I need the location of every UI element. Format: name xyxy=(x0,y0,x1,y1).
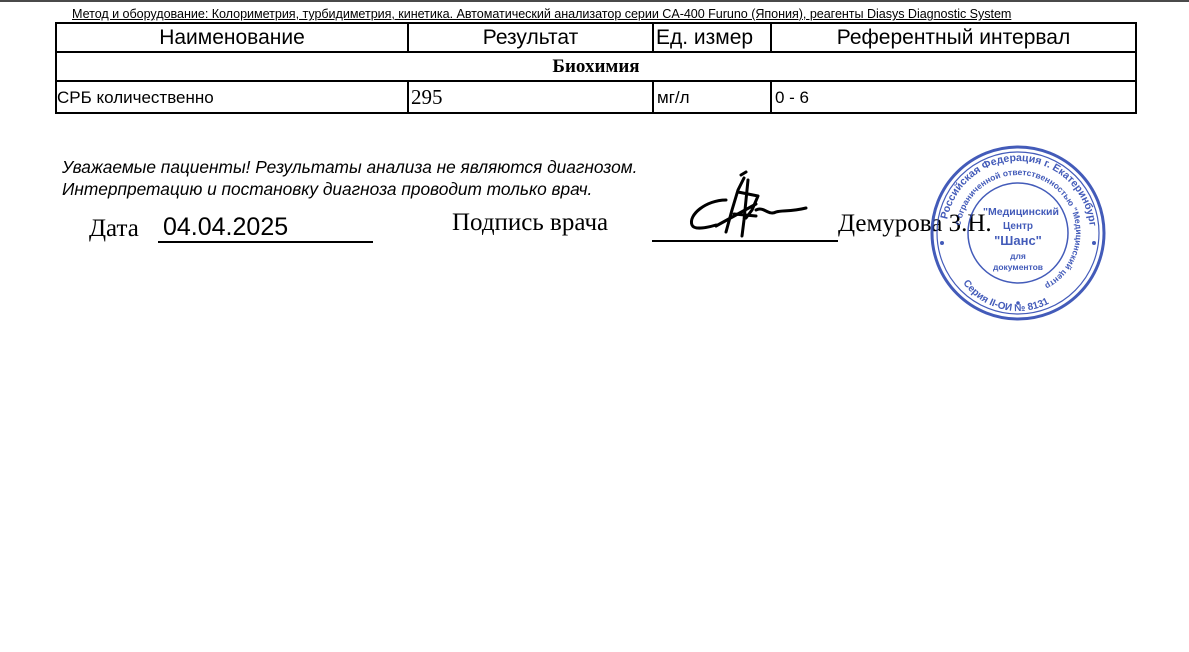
header-result: Результат xyxy=(408,23,653,52)
table-header-row: Наименование Результат Ед. измер Референ… xyxy=(56,23,1136,52)
table-row: СРБ количественно 295 мг/л 0 - 6 xyxy=(56,81,1136,113)
signature-label: Подпись врача xyxy=(452,208,608,238)
top-border-rule xyxy=(0,0,1189,2)
svg-text:для: для xyxy=(1010,251,1026,261)
svg-text:"Шанс": "Шанс" xyxy=(994,233,1042,248)
header-unit: Ед. измер xyxy=(653,23,771,52)
svg-text:документов: документов xyxy=(993,262,1043,272)
header-name: Наименование xyxy=(56,23,408,52)
method-equipment-line: Метод и оборудование: Колориметрия, турб… xyxy=(72,7,1011,21)
notice-line-2: Интерпретацию и постановку диагноза пров… xyxy=(62,178,637,200)
notice-line-1: Уважаемые пациенты! Результаты анализа н… xyxy=(62,156,637,178)
test-result: 295 xyxy=(408,81,653,113)
test-name: СРБ количественно xyxy=(56,81,408,113)
patient-notice: Уважаемые пациенты! Результаты анализа н… xyxy=(62,156,637,200)
header-reference: Референтный интервал xyxy=(771,23,1136,52)
svg-text:Центр: Центр xyxy=(1003,221,1033,232)
date-label: Дата xyxy=(89,214,139,244)
results-table: Наименование Результат Ед. измер Референ… xyxy=(55,22,1137,114)
svg-text:"Медицинский: "Медицинский xyxy=(983,206,1059,218)
test-reference-range: 0 - 6 xyxy=(771,81,1136,113)
date-value: 04.04.2025 xyxy=(158,213,373,243)
section-title: Биохимия xyxy=(56,52,1136,81)
signature-scribble-icon xyxy=(686,170,811,242)
section-row: Биохимия xyxy=(56,52,1136,81)
stamp-seal-icon: Российская Федерация г. Екатеринбург с о… xyxy=(928,143,1108,323)
test-unit: мг/л xyxy=(653,81,771,113)
